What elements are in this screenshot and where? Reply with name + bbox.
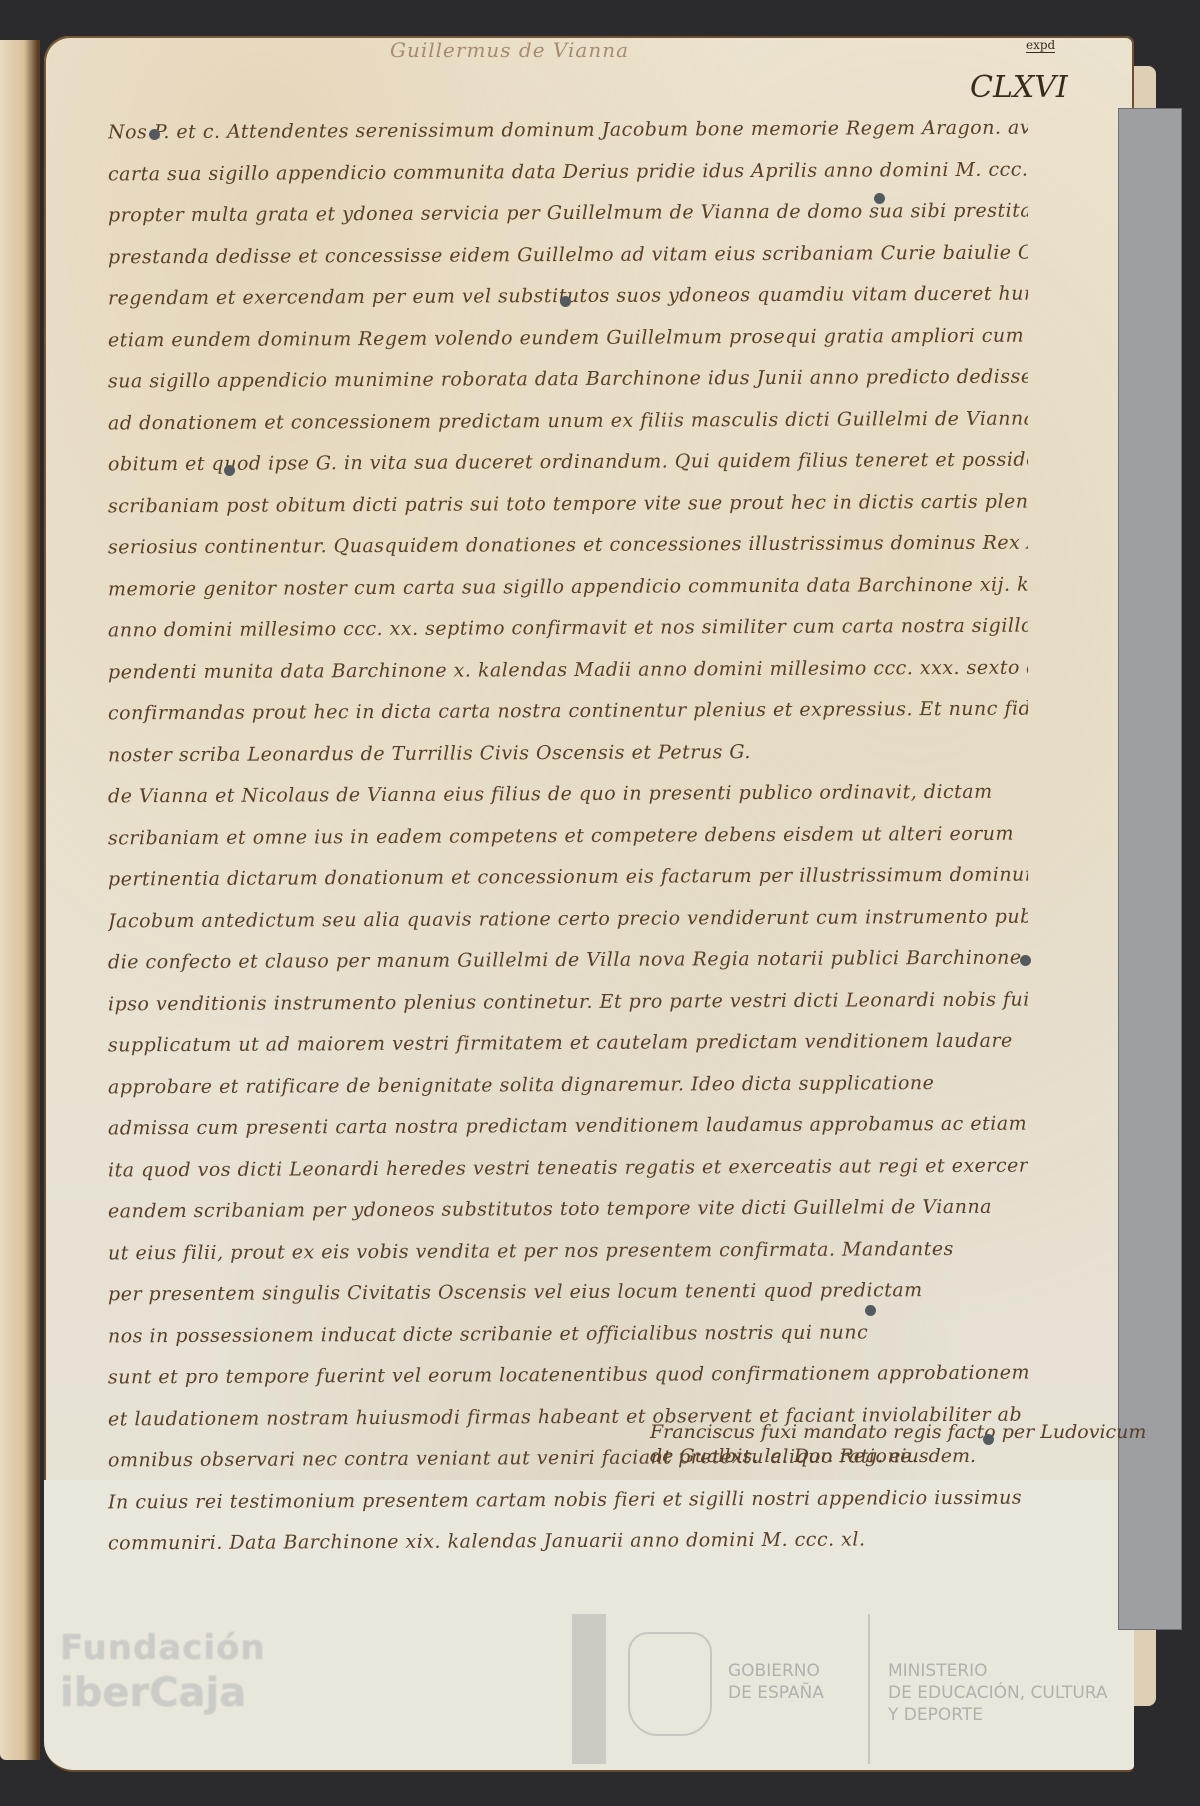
ibercaja-logo-text: iberCaja xyxy=(60,1670,246,1716)
text-line: pendenti munita data Barchinone x. kalen… xyxy=(108,647,1028,693)
text-line: sunt et pro tempore fuerint vel eorum lo… xyxy=(108,1353,1028,1399)
text-line: ita quod vos dicti Leonardi heredes vest… xyxy=(108,1145,1028,1191)
binding-hole xyxy=(560,296,571,307)
text-line: ad donationem et concessionem predictam … xyxy=(108,398,1028,444)
header-annotation: Guillermus de Vianna xyxy=(390,38,629,62)
text-line: seriosius continentur. Quasquidem donati… xyxy=(108,523,1028,569)
ministerio-line: DE EDUCACIÓN, CULTURA xyxy=(888,1682,1108,1704)
ministerio-line: MINISTERIO xyxy=(888,1660,1108,1682)
text-line: eandem scribaniam per ydoneos substituto… xyxy=(108,1187,1028,1233)
text-line: scribaniam post obitum dicti patris sui … xyxy=(108,481,1028,527)
binding-hole xyxy=(224,465,235,476)
logo-divider xyxy=(868,1614,870,1764)
text-line: communiri. Data Barchinone xix. kalendas… xyxy=(108,1519,1028,1565)
text-line: scribaniam et omne ius in eadem competen… xyxy=(108,813,1028,859)
text-line: per presentem singulis Civitatis Oscensi… xyxy=(108,1270,1028,1316)
text-line: confirmandas prout hec in dicta carta no… xyxy=(108,689,1028,735)
text-line: nos in possessionem inducat dicte scriba… xyxy=(108,1311,1028,1357)
folio-top-mark: expd xyxy=(1026,38,1055,53)
binding-hole xyxy=(865,1305,876,1316)
manuscript-text: Nos P. et c. Attendentes serenissimum do… xyxy=(108,110,1028,1563)
gobierno-logo-text: GOBIERNO DE ESPAÑA xyxy=(728,1660,824,1704)
binding-hole xyxy=(1020,955,1031,966)
signature-line: Franciscus fuxi mandato regis facto per … xyxy=(650,1420,1146,1444)
text-line: de Vianna et Nicolaus de Vianna eius fil… xyxy=(108,772,1028,818)
fundacion-logo-text: Fundación xyxy=(60,1628,266,1668)
gobierno-line: DE ESPAÑA xyxy=(728,1682,824,1704)
ministerio-line: Y DEPORTE xyxy=(888,1704,1108,1726)
binding-hole xyxy=(874,193,885,204)
text-line: etiam eundem dominum Regem volendo eunde… xyxy=(108,315,1028,361)
text-line: Jacobum antedictum seu alia quavis ratio… xyxy=(108,896,1028,942)
folio-number: CLXVI xyxy=(970,70,1068,105)
text-line: approbare et ratificare de benignitate s… xyxy=(108,1062,1028,1108)
text-line: anno domini millesimo ccc. xx. septimo c… xyxy=(108,606,1028,652)
facing-page-edge xyxy=(0,40,40,1760)
ministerio-logo-text: MINISTERIO DE EDUCACIÓN, CULTURA Y DEPOR… xyxy=(888,1660,1108,1726)
coat-of-arms-icon xyxy=(628,1632,712,1736)
text-line: propter multa grata et ydonea servicia p… xyxy=(108,191,1028,237)
text-line: sua sigillo appendicio munimine roborata… xyxy=(108,357,1028,403)
text-line: ut eius filii, prout ex eis vobis vendit… xyxy=(108,1228,1028,1274)
text-line: supplicatum ut ad maiorem vestri firmita… xyxy=(108,1021,1028,1067)
binding-hole xyxy=(149,129,160,140)
text-line: memorie genitor noster cum carta sua sig… xyxy=(108,564,1028,610)
text-line: prestanda dedisse et concessisse eidem G… xyxy=(108,232,1028,278)
text-line: Nos P. et c. Attendentes serenissimum do… xyxy=(108,108,1028,154)
text-line: pertinentia dictarum donationum et conce… xyxy=(108,855,1028,901)
text-line: obitum et quod ipse G. in vita sua ducer… xyxy=(108,440,1028,486)
text-line: ipso venditionis instrumento plenius con… xyxy=(108,979,1028,1025)
text-line: admissa cum presenti carta nostra predic… xyxy=(108,1104,1028,1150)
grey-divider-tab xyxy=(1118,108,1182,1630)
text-line: In cuius rei testimonium presentem carta… xyxy=(108,1477,1028,1523)
notary-signature: Franciscus fuxi mandato regis facto per … xyxy=(650,1420,1146,1468)
text-line: carta sua sigillo appendicio communita d… xyxy=(108,149,1028,195)
signature-line: de Gualbis. le. Dor. Reg. eiusdem. xyxy=(650,1444,1146,1468)
text-line: die confecto et clauso per manum Guillel… xyxy=(108,938,1028,984)
text-line: noster scriba Leonardus de Turrillis Civ… xyxy=(108,730,1028,776)
binding-hole xyxy=(983,1434,994,1445)
gobierno-line: GOBIERNO xyxy=(728,1660,824,1682)
spain-flag-bar-icon xyxy=(572,1614,606,1764)
